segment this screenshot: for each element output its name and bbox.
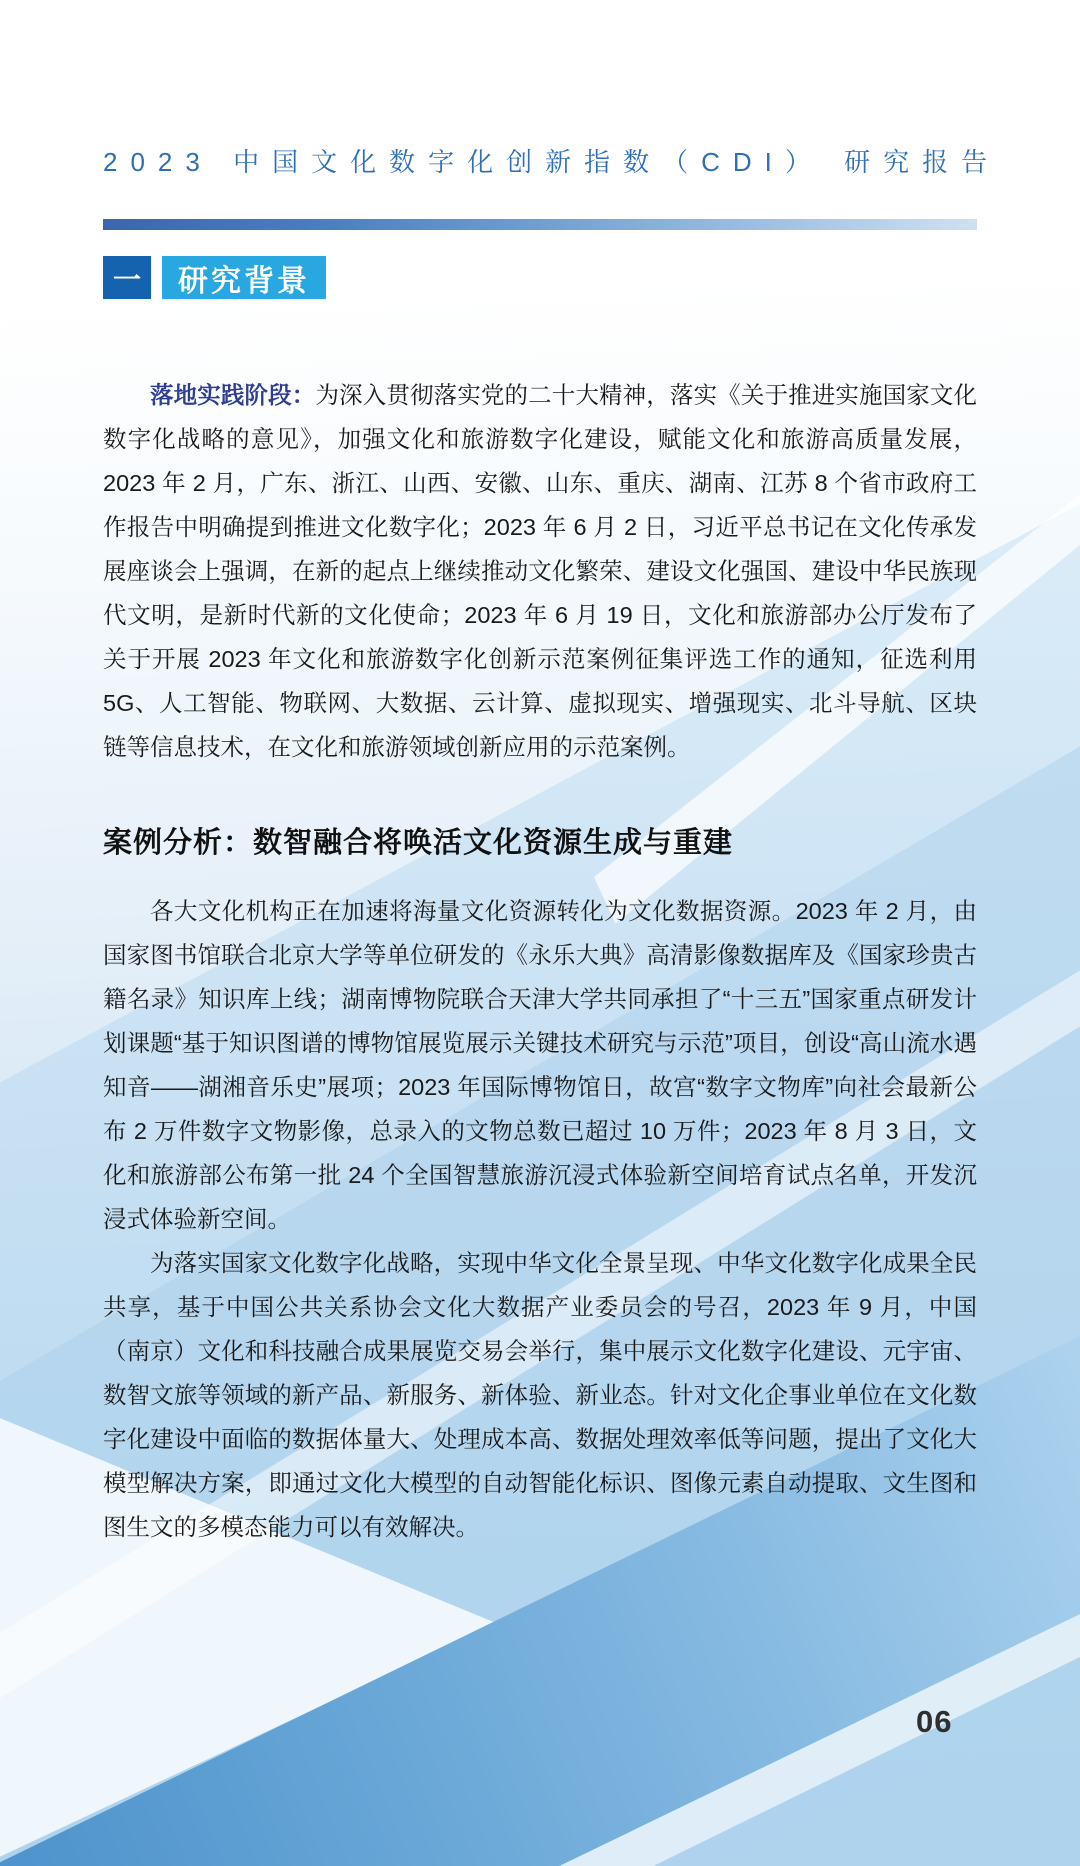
report-page: 2023 中国文化数字化创新指数（CDI） 研究报告 一 研究背景 落地实践阶段… [0, 0, 1080, 1866]
section-index-marker: 一 [103, 256, 151, 299]
section-title: 研究背景 [162, 256, 326, 299]
paragraph-text: 为深入贯彻落实党的二十大精神，落实《关于推进实施国家文化数字化战略的意见》，加强… [103, 382, 977, 760]
page-header-title: 2023 中国文化数字化创新指数（CDI） 研究报告 [103, 142, 977, 179]
page-number: 06 [916, 1704, 952, 1740]
paragraph-lead-label: 落地实践阶段： [150, 382, 315, 408]
paragraph-strategy: 为落实国家文化数字化战略，实现中华文化全景呈现、中华文化数字化成果全民共享，基于… [103, 1241, 977, 1549]
paragraph-practice-stage: 落地实践阶段：为深入贯彻落实党的二十大精神，落实《关于推进实施国家文化数字化战略… [103, 373, 977, 769]
header-divider [103, 219, 977, 230]
case-analysis-heading: 案例分析：数智融合将唤活文化资源生成与重建 [103, 823, 977, 863]
paragraph-case-analysis: 各大文化机构正在加速将海量文化资源转化为文化数据资源。2023 年 2 月，由国… [103, 889, 977, 1241]
page-content: 2023 中国文化数字化创新指数（CDI） 研究报告 一 研究背景 落地实践阶段… [103, 0, 977, 1549]
section-badge: 一 研究背景 [103, 256, 977, 299]
